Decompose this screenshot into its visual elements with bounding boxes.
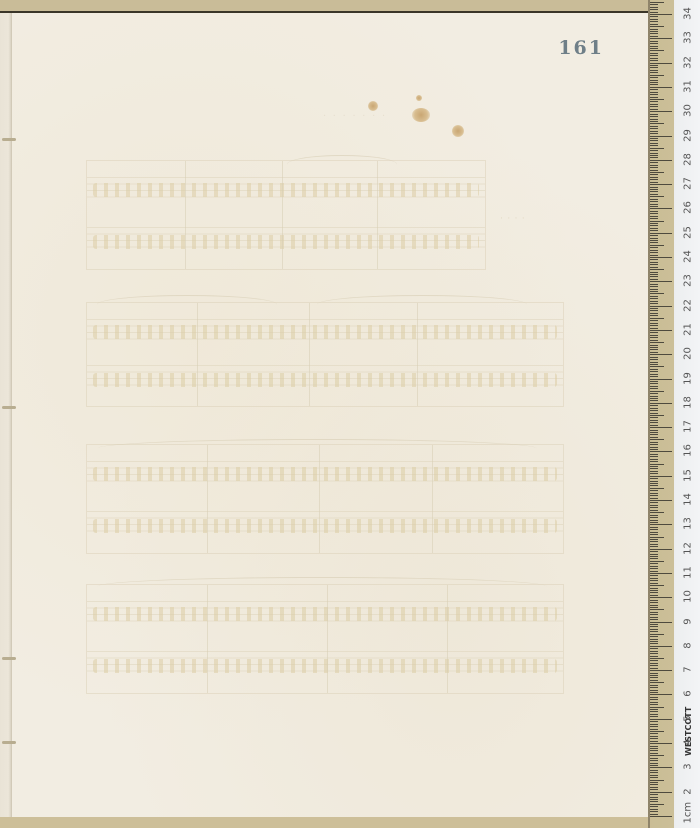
ruler-tick [650, 50, 664, 51]
ruler-tick [650, 558, 658, 559]
ruler-tick [650, 719, 672, 720]
ruler-tick [650, 539, 658, 540]
ruler-tick [650, 755, 664, 756]
ruler-number: 18 [683, 392, 694, 412]
ruler-tick [650, 230, 658, 231]
barline [185, 161, 186, 269]
ruler-tick [650, 19, 658, 20]
ruler-tick [650, 4, 658, 5]
ruler-tick [650, 639, 658, 640]
note-cluster [93, 373, 557, 387]
ruler-tick [650, 330, 672, 331]
ruler-tick [650, 257, 672, 258]
ruler-tick [650, 80, 658, 81]
music-system-4 [86, 584, 564, 694]
ruler-tick [650, 228, 658, 229]
ruler-tick [650, 704, 658, 705]
ruler-tick [650, 464, 664, 465]
ruler-tick [650, 123, 664, 124]
ruler-tick [650, 306, 672, 307]
ruler-tick [650, 692, 658, 693]
foxing-stain [416, 95, 422, 101]
ruler-tick [650, 746, 658, 747]
ruler-tick [650, 374, 658, 375]
ruler-tick [650, 33, 658, 34]
ruler-tick [650, 743, 672, 744]
ruler-tick [650, 383, 658, 384]
ruler-number: 8 [683, 635, 694, 655]
ruler-tick [650, 213, 658, 214]
ruler-tick [650, 609, 664, 610]
ruler-tick [650, 575, 658, 576]
ruler-tick [650, 298, 658, 299]
ruler-tick [650, 772, 658, 773]
ruler-number: 11 [683, 562, 694, 582]
note-cluster [93, 519, 557, 533]
ruler-tick [650, 104, 658, 105]
ruler-tick [650, 556, 658, 557]
ruler-tick [650, 490, 658, 491]
ruler-tick [650, 119, 658, 120]
ruler-tick [650, 43, 658, 44]
ruler-tick [650, 789, 658, 790]
ruler-tick [650, 121, 658, 122]
ruler-tick [650, 196, 664, 197]
ruler-tick [650, 97, 658, 98]
slur [97, 295, 277, 314]
barline [327, 585, 328, 693]
ruler-tick [650, 529, 658, 530]
ruler-tick [650, 332, 658, 333]
ruler-tick [650, 799, 658, 800]
ruler-tick [650, 707, 664, 708]
ruler-tick [650, 359, 658, 360]
ruler-tick [650, 653, 658, 654]
ruler-tick [650, 748, 658, 749]
ruler-tick [650, 442, 658, 443]
ruler-tick [650, 415, 664, 416]
ruler-tick [650, 2, 664, 3]
note-cluster [93, 183, 479, 197]
ruler-tick [650, 138, 658, 139]
ruler-tick [650, 366, 664, 367]
ruler-tick [650, 315, 658, 316]
ruler-tick [650, 731, 664, 732]
ruler-tick [650, 21, 658, 22]
ruler-tick [650, 204, 658, 205]
ruler-number: 6 [683, 684, 694, 704]
barline [432, 445, 433, 553]
ruler-tick [650, 211, 658, 212]
ruler-tick [650, 580, 658, 581]
ruler-tick [650, 225, 658, 226]
ruler-tick [650, 281, 672, 282]
ruler-tick [650, 99, 664, 100]
ruler-tick [650, 724, 658, 725]
ruler-tick [650, 296, 658, 297]
ruler-tick [650, 376, 658, 377]
ruler-tick [650, 199, 658, 200]
ruler-tick [650, 172, 664, 173]
ruler-number: 30 [683, 101, 694, 121]
ruler-tick [650, 191, 658, 192]
ruler-tick [650, 167, 658, 168]
ruler-tick [650, 16, 658, 17]
ruler-tick [650, 456, 658, 457]
ruler-tick [650, 388, 658, 389]
ruler-tick [650, 328, 658, 329]
ruler-tick [650, 24, 658, 25]
ruler-tick [650, 583, 658, 584]
ruler-tick [650, 641, 658, 642]
ruler-number: 28 [683, 149, 694, 169]
ruler-tick [650, 454, 658, 455]
ruler-tick [650, 648, 658, 649]
ruler-tick [650, 160, 672, 161]
ruler-number: 13 [683, 514, 694, 534]
ruler-tick [650, 55, 658, 56]
ruler-tick [650, 471, 658, 472]
ruler-tick [650, 77, 658, 78]
ruler-tick [650, 291, 658, 292]
ruler-number: 22 [683, 295, 694, 315]
ruler-tick [650, 505, 658, 506]
barline [207, 445, 208, 553]
ruler-tick [650, 777, 658, 778]
ruler-tick [650, 340, 658, 341]
ruler-tick [650, 459, 658, 460]
ruler-tick [650, 673, 658, 674]
ruler-tick [650, 607, 658, 608]
ruler-tick [650, 801, 658, 802]
note-cluster [93, 325, 557, 339]
ruler-tick [650, 286, 658, 287]
ruler-tick [650, 63, 672, 64]
ruler-tick [650, 357, 658, 358]
ruler-tick [650, 619, 658, 620]
ruler-tick [650, 512, 664, 513]
ruler-number: 32 [683, 52, 694, 72]
ruler-number: 3 [683, 757, 694, 777]
ruler-tick [650, 483, 658, 484]
ruler-tick [650, 485, 658, 486]
ruler-tick [650, 741, 658, 742]
ruler-tick [650, 89, 658, 90]
ruler-tick [650, 269, 664, 270]
ruler-tick [650, 473, 658, 474]
ruler-number: 4 [683, 733, 694, 753]
ruler-tick [650, 352, 658, 353]
ruler-tick [650, 87, 672, 88]
ruler-tick [650, 670, 672, 671]
ruler-tick [650, 600, 658, 601]
ruler-tick [650, 182, 658, 183]
ruler-tick [650, 682, 664, 683]
ruler-tick [650, 478, 658, 479]
ruler-tick [650, 729, 658, 730]
scan-backdrop-bottom [0, 816, 660, 828]
barline [319, 445, 320, 553]
ruler-tick [650, 481, 658, 482]
measuring-ruler: 1cm WESTCOTT 234567891011121314151617181… [648, 0, 700, 828]
binding-stitch [2, 741, 16, 744]
ruler-number: 34 [683, 4, 694, 24]
ruler-tick [650, 12, 658, 13]
ruler-number: 14 [683, 490, 694, 510]
ruler-tick [650, 252, 658, 253]
ruler-tick [650, 218, 658, 219]
ruler-tick [650, 114, 658, 115]
ruler-number: 26 [683, 198, 694, 218]
barline [282, 161, 283, 269]
ruler-tick [650, 784, 658, 785]
ruler-tick [650, 313, 658, 314]
ruler-tick [650, 636, 658, 637]
ruler-tick [650, 318, 664, 319]
ruler-tick [650, 668, 658, 669]
ruler-tick [650, 403, 672, 404]
ruler-tick [650, 592, 658, 593]
ruler-tick [650, 797, 658, 798]
note-cluster [93, 235, 479, 249]
ruler-tick [650, 626, 658, 627]
sheet-music-page: 161 · · · · · · · · · · · [0, 11, 648, 817]
ruler-tick [650, 770, 658, 771]
ruler-tick [650, 461, 658, 462]
ruler-tick [650, 537, 664, 538]
ruler-tick [650, 150, 658, 151]
music-system-3 [86, 444, 564, 554]
note-cluster [93, 607, 557, 621]
ruler-tick [650, 422, 658, 423]
ruler-unit-label: 1cm [683, 804, 694, 824]
ruler-tick [650, 510, 658, 511]
ruler-tick [650, 320, 658, 321]
ruler-tick [650, 534, 658, 535]
ruler-number: 15 [683, 465, 694, 485]
ruler-tick [650, 65, 658, 66]
ruler-tick [650, 303, 658, 304]
ruler-tick [650, 14, 672, 15]
ruler-tick [650, 381, 658, 382]
ruler-tick [650, 174, 658, 175]
ruler-tick [650, 507, 658, 508]
ruler-tick [650, 109, 658, 110]
faint-title-line: · · · · · · · [160, 111, 550, 122]
ruler-tick [650, 675, 658, 676]
ruler-number: 5 [683, 708, 694, 728]
ruler-tick [650, 767, 672, 768]
ruler-tick [650, 614, 658, 615]
ruler-tick [650, 221, 664, 222]
ruler-tick [650, 685, 658, 686]
ruler-number: 27 [683, 174, 694, 194]
ruler-tick [650, 680, 658, 681]
ruler-tick [650, 753, 658, 754]
ruler-tick [650, 524, 672, 525]
ruler-tick [650, 413, 658, 414]
barline [309, 303, 310, 406]
ruler-tick [650, 347, 658, 348]
ruler-tick [650, 520, 658, 521]
ruler-tick [650, 84, 658, 85]
ruler-tick [650, 690, 658, 691]
ruler-tick [650, 194, 658, 195]
ruler-number: 23 [683, 271, 694, 291]
ruler-tick [650, 430, 658, 431]
ruler-tick [650, 736, 658, 737]
ruler-tick [650, 515, 658, 516]
ruler-tick [650, 665, 658, 666]
ruler-tick [650, 447, 658, 448]
ruler-tick [650, 276, 658, 277]
ruler-tick [650, 711, 658, 712]
ruler-tick [650, 622, 672, 623]
ruler-tick [650, 31, 658, 32]
ruler-tick [650, 400, 658, 401]
ruler-tick [650, 184, 672, 185]
ruler-tick [650, 451, 672, 452]
ruler-number: 21 [683, 319, 694, 339]
ruler-tick [650, 758, 658, 759]
ruler-tick [650, 369, 658, 370]
ruler-tick [650, 391, 664, 392]
ruler-tick [650, 325, 658, 326]
ruler-tick [650, 597, 672, 598]
binding-stitch [2, 406, 16, 409]
slur [287, 155, 397, 174]
ruler-tick [650, 94, 658, 95]
ruler-tick [650, 804, 664, 805]
ruler-tick [650, 420, 658, 421]
ruler-tick [650, 532, 658, 533]
ruler-tick [650, 60, 658, 61]
ruler-tick [650, 354, 672, 355]
ruler-tick [650, 578, 658, 579]
ruler-tick [650, 660, 658, 661]
ruler-tick [650, 709, 658, 710]
ruler-tick [650, 595, 658, 596]
ruler-tick [650, 262, 658, 263]
ruler-tick [650, 787, 658, 788]
ruler-tick [650, 410, 658, 411]
ruler-tick [650, 177, 658, 178]
ruler-tick [650, 765, 658, 766]
ruler-tick [650, 157, 658, 158]
ruler-tick [650, 794, 658, 795]
ruler-tick [650, 82, 658, 83]
ruler-tick [650, 809, 658, 810]
ruler-tick [650, 427, 672, 428]
ruler-tick [650, 101, 658, 102]
ruler-tick [650, 816, 672, 817]
ruler-tick [650, 646, 672, 647]
ruler-tick [650, 26, 664, 27]
ruler-tick [650, 775, 658, 776]
ruler-tick [650, 255, 658, 256]
ruler-tick [650, 617, 658, 618]
ruler-tick [650, 811, 658, 812]
ruler-tick [650, 337, 658, 338]
ruler-tick [650, 148, 664, 149]
ruler-number: 20 [683, 344, 694, 364]
ruler-tick [650, 335, 658, 336]
ruler-tick [650, 634, 664, 635]
ruler-tick [650, 179, 658, 180]
ruler-number: 2 [683, 781, 694, 801]
ruler-tick [650, 541, 658, 542]
ruler-tick [650, 806, 658, 807]
ruler-tick [650, 165, 658, 166]
ruler-tick [650, 585, 664, 586]
ruler-tick [650, 697, 658, 698]
ruler-tick [650, 245, 664, 246]
ruler-tick [650, 155, 658, 156]
binding-stitch [2, 138, 16, 141]
ruler-tick [650, 432, 658, 433]
ruler-tick [650, 612, 658, 613]
ruler-tick [650, 206, 658, 207]
music-system-2 [86, 302, 564, 407]
ruler-tick [650, 488, 664, 489]
ruler-tick [650, 345, 658, 346]
note-cluster [93, 467, 557, 481]
ruler-tick [650, 364, 658, 365]
ruler-tick [650, 301, 658, 302]
ruler-tick [650, 551, 658, 552]
ruler-tick [650, 75, 664, 76]
slur [317, 295, 527, 314]
ruler-tick [650, 658, 664, 659]
ruler-tick [650, 517, 658, 518]
ruler-tick [650, 763, 658, 764]
ruler-tick [650, 522, 658, 523]
ruler-tick [650, 624, 658, 625]
note-cluster [93, 659, 557, 673]
ruler-tick [650, 493, 658, 494]
ruler-tick [650, 405, 658, 406]
ruler-number: 12 [683, 538, 694, 558]
barline [207, 585, 208, 693]
ruler-tick [650, 425, 658, 426]
ruler-tick [650, 468, 658, 469]
ruler-tick [650, 663, 658, 664]
ruler-tick [650, 247, 658, 248]
ruler-tick [650, 72, 658, 73]
ruler-tick [650, 153, 658, 154]
ruler-tick [650, 111, 672, 112]
ruler-tick [650, 760, 658, 761]
ruler-tick [650, 274, 658, 275]
ruler-tick [650, 417, 658, 418]
ruler-tick [650, 310, 658, 311]
ruler-tick [650, 67, 658, 68]
ruler-tick [650, 502, 658, 503]
foxing-stain [452, 125, 464, 137]
ruler-tick [650, 371, 658, 372]
ruler-tick [650, 629, 658, 630]
ruler-tick [650, 41, 658, 42]
ruler-tick [650, 267, 658, 268]
ruler-tick [650, 92, 658, 93]
barline [447, 585, 448, 693]
ruler-tick [650, 437, 658, 438]
ruler-tick [650, 116, 658, 117]
ruler-tick [650, 279, 658, 280]
ruler-tick [650, 250, 658, 251]
ruler-tick [650, 58, 658, 59]
ruler-tick [650, 242, 658, 243]
